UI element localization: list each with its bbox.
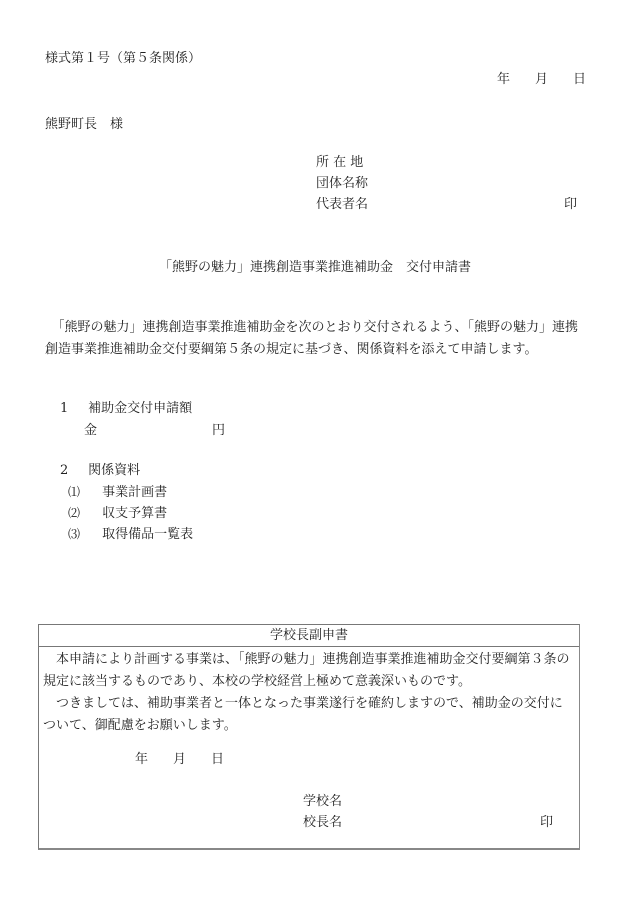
address-row: 所 在 地: [316, 154, 581, 175]
document-list-item: ⑶ 取得備品一覧表: [60, 525, 193, 546]
address-label: 所 在 地: [316, 155, 363, 170]
school-signature-block: 学校名 校長名 印: [303, 793, 553, 835]
application-date: 年 月 日: [497, 71, 597, 89]
item-number: ⑴: [68, 483, 98, 501]
date-month-label: 月: [173, 751, 211, 769]
endorsement-date: 年 月 日: [135, 751, 224, 769]
org-name-row: 団体名称: [316, 175, 581, 196]
document-list-item: ⑴ 事業計画書: [60, 483, 193, 504]
representative-label: 代表者名: [316, 197, 368, 212]
section-related-documents: 2 関係資料 ⑴ 事業計画書 ⑵ 収支予算書 ⑶ 取得備品一覧表: [60, 462, 193, 546]
item-label: 収支予算書: [102, 506, 167, 521]
item-label: 取得備品一覧表: [102, 527, 193, 542]
statement-paragraph: 「熊野の魅力」連携創造事業推進補助金を次のとおり交付されるよう、「熊野の魅力」連…: [45, 317, 585, 361]
item-number: ⑶: [68, 525, 98, 543]
addressee: 熊野町長 様: [45, 116, 123, 134]
document-title: 「熊野の魅力」連携創造事業推進補助金 交付申請書: [0, 259, 630, 277]
seal-mark: 印: [540, 814, 553, 832]
section-heading: 関係資料: [88, 463, 140, 478]
form-number: 様式第１号（第５条関係）: [45, 50, 201, 68]
date-year-label: 年: [135, 751, 173, 769]
section-number: 2: [60, 462, 84, 480]
section-requested-amount: 1 補助金交付申請額 金 円: [60, 400, 225, 444]
section-heading: 補助金交付申請額: [88, 401, 192, 416]
principal-name-label: 校長名: [303, 815, 342, 830]
principal-endorsement-box: 学校長副申書 本申請により計画する事業は、「熊野の魅力」連携創造事業推進補助金交…: [38, 624, 580, 850]
endorsement-paragraph-2: つきましては、補助事業者と一体となった事業遂行を確約しますので、補助金の交付につ…: [43, 693, 573, 737]
applicant-block: 所 在 地 団体名称 代表者名 印: [316, 154, 581, 217]
date-day-label: 日: [211, 751, 224, 769]
org-name-label: 団体名称: [316, 176, 368, 191]
application-statement: 「熊野の魅力」連携創造事業推進補助金を次のとおり交付されるよう、「熊野の魅力」連…: [45, 317, 585, 361]
date-day-label: 日: [573, 71, 586, 89]
amount-line: 金 円: [60, 422, 225, 444]
endorsement-paragraph-1: 本申請により計画する事業は、「熊野の魅力」連携創造事業推進補助金交付要綱第３条の…: [43, 649, 573, 693]
item-number: ⑵: [68, 504, 98, 522]
section-number: 1: [60, 400, 84, 418]
endorsement-body: 本申請により計画する事業は、「熊野の魅力」連携創造事業推進補助金交付要綱第３条の…: [39, 647, 579, 737]
representative-row: 代表者名 印: [316, 196, 581, 217]
document-list-item: ⑵ 収支予算書: [60, 504, 193, 525]
amount-suffix: 円: [212, 422, 225, 444]
date-year-label: 年: [497, 71, 535, 89]
school-name-label: 学校名: [303, 794, 342, 809]
date-month-label: 月: [535, 71, 573, 89]
endorsement-header: 学校長副申書: [39, 625, 579, 647]
seal-mark: 印: [564, 196, 577, 214]
amount-prefix: 金: [84, 422, 212, 444]
item-label: 事業計画書: [102, 485, 167, 500]
